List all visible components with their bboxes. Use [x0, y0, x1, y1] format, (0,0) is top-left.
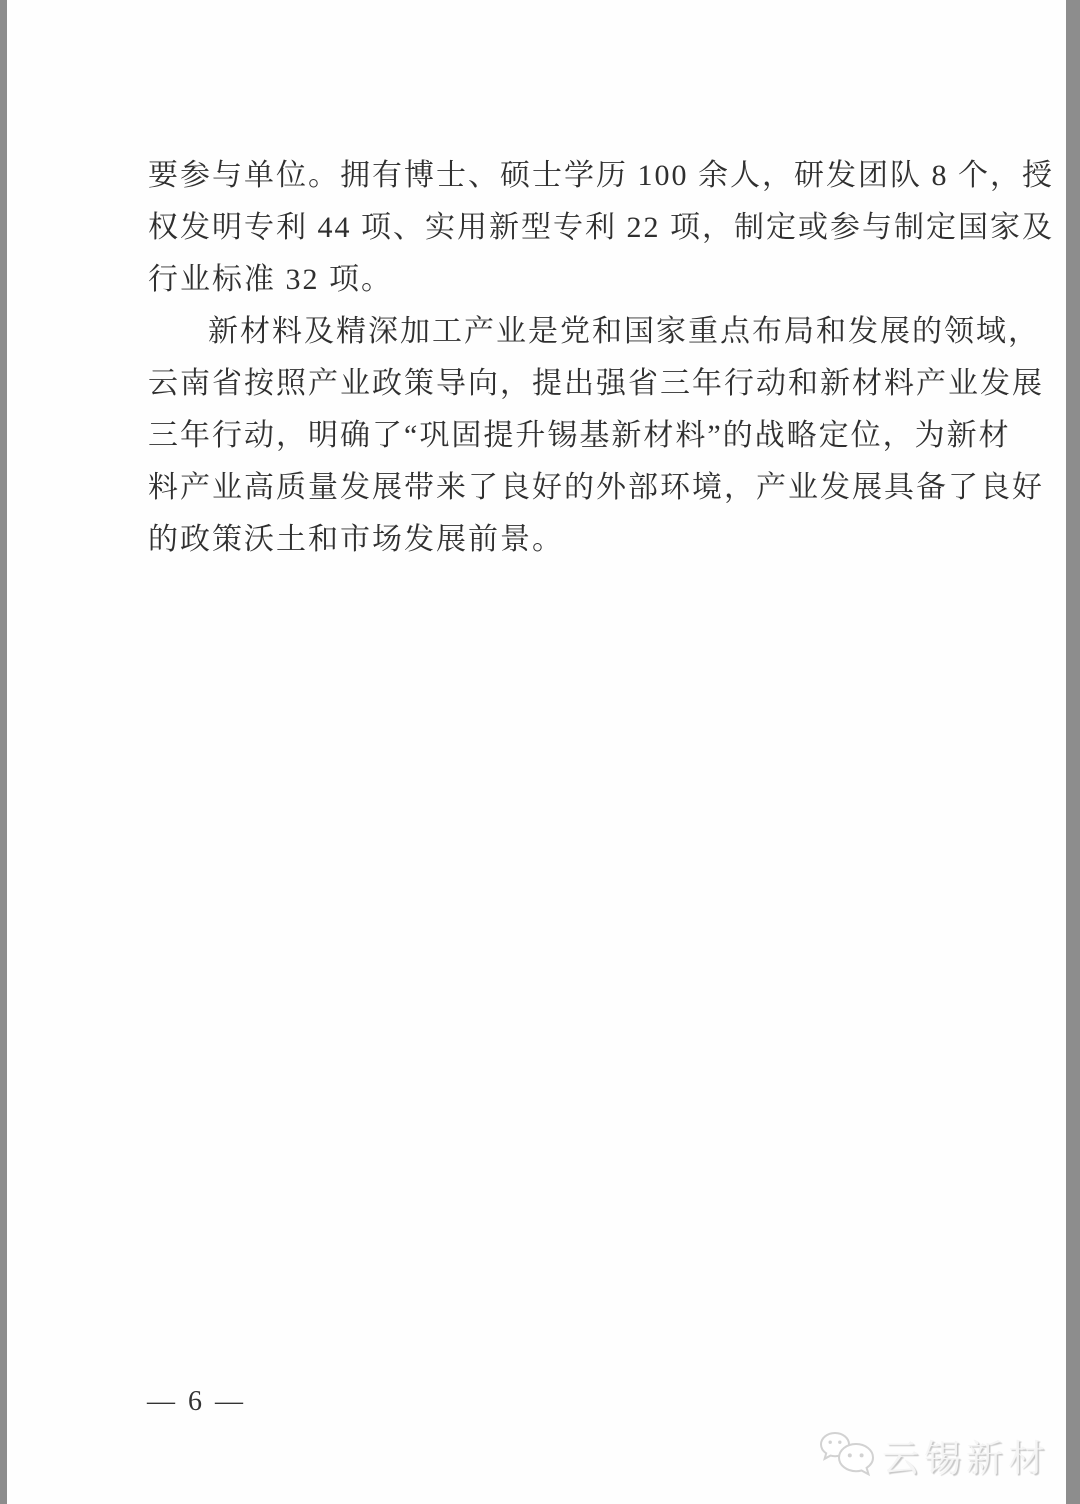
page-number: — 6 —	[147, 1386, 246, 1418]
text-line: 要参与单位。拥有博士、硕士学历 100 余人，研发团队 8 个，授	[148, 150, 932, 202]
text-line: 云南省按照产业政策导向，提出强省三年行动和新材料产业发展	[148, 358, 932, 410]
wechat-icon	[818, 1430, 876, 1480]
watermark: 云锡新材	[818, 1428, 1050, 1482]
text-line: 料产业高质量发展带来了良好的外部环境，产业发展具备了良好	[148, 462, 932, 514]
text-line: 行业标准 32 项。	[148, 254, 932, 306]
screen-edge-right	[1066, 0, 1080, 1504]
text-line: 新材料及精深加工产业是党和国家重点布局和发展的领域，	[148, 306, 932, 358]
watermark-label: 云锡新材	[882, 1428, 1050, 1482]
document-body: 要参与单位。拥有博士、硕士学历 100 余人，研发团队 8 个，授 权发明专利 …	[148, 150, 932, 566]
text-line: 的政策沃土和市场发展前景。	[148, 514, 932, 566]
scanned-document-page: 要参与单位。拥有博士、硕士学历 100 余人，研发团队 8 个，授 权发明专利 …	[0, 0, 1080, 1504]
text-line: 权发明专利 44 项、实用新型专利 22 项，制定或参与制定国家及	[148, 202, 932, 254]
screen-edge-left	[0, 0, 7, 1504]
text-line: 三年行动，明确了“巩固提升锡基新材料”的战略定位，为新材	[148, 410, 932, 462]
